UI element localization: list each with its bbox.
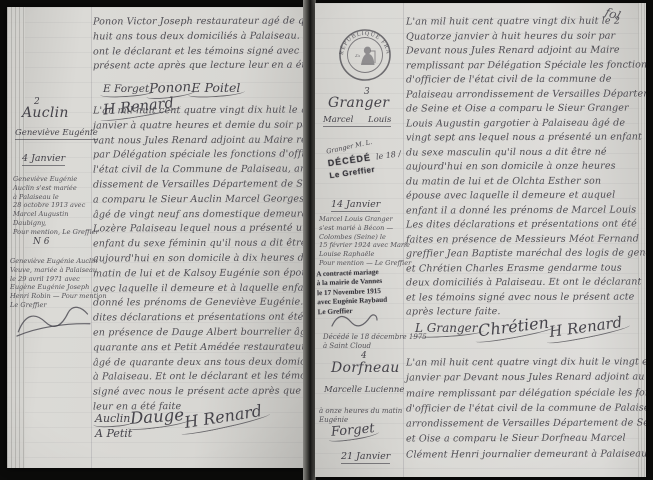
right-page: fol RÉPUBLIQUE FRANÇAISE 25 3 Granger Ma… — [315, 3, 646, 477]
margin-nb-mark: N 6 — [33, 237, 49, 247]
act-text-previous: Ponon Victor Joseph restaurateur agé de … — [93, 15, 305, 74]
act-text-dorfneau: L'an mil huit cent quatre vingt dix huit… — [406, 355, 644, 462]
act-text-line: l'état civil de la Commune de Palaiseau,… — [93, 163, 305, 179]
act-text-line: donné les prénoms de Geneviève Eugénie. … — [93, 296, 305, 312]
act-text-line: âgé de vingt neuf ans domestique demeura… — [93, 207, 305, 223]
margin-note-line: à Palaiseau le — [13, 193, 99, 202]
act-text-line: Clément Henri journalier demeurant à Pal… — [406, 446, 644, 462]
act-text-line: aujourd'hui en son domicile à dix heures… — [93, 252, 305, 268]
act-text-line: ont le déclarant et les témoins signé av… — [93, 44, 305, 60]
act-text-line: aujourd'hui en son domicile à onze heure… — [406, 159, 644, 175]
act-text-line: arrondissement de Versailles Département… — [406, 416, 644, 432]
act-text-line: matin de lui et de Kalsoy Eugénie son ép… — [93, 266, 305, 282]
signature: Auclin — [95, 412, 130, 425]
act-text-line: Palaiseau arrondissement de Versailles D… — [406, 87, 644, 103]
margin-note-line: Colombes (Seine) le — [319, 233, 411, 242]
act-text-line: présent acte après que lecture leur en a… — [93, 59, 305, 75]
act-text-line: quarante ans et Petit Amédée restaurateu… — [93, 340, 305, 356]
act-text-auclin: L'an mil huit cent quatre vingt dix huit… — [93, 104, 305, 415]
act-text-line: du matin de lui et de Olchta Esther son — [406, 174, 644, 190]
margin-note-line: Louise Raphaële — [319, 250, 411, 259]
act-text-line: enfant il a donné les prénoms de Marcel … — [406, 203, 644, 219]
act-text-line: dissement de Versailles Département de S… — [93, 178, 305, 194]
act-text-line: Louis Augustin gargotier à Palaiseau âgé… — [406, 116, 644, 132]
margin-note-line: Geneviève Eugénie — [13, 175, 99, 184]
act-text-line: à Palaiseau. Et ont le déclarant et les … — [93, 370, 305, 386]
act-text-line: de Seine et Oise a comparu le Sieur Gran… — [406, 101, 644, 117]
signature: Ponon — [149, 79, 192, 97]
act-text-line: greffier Jean Baptiste maréchal des logi… — [406, 246, 644, 262]
clerk-signature: Forget — [330, 421, 375, 440]
signature-row: AuclinDaugeH Renard — [95, 407, 263, 426]
marriage-contracted-stamp: A contracté mariageà la mairie de Vannes… — [316, 268, 387, 317]
margin-date: 4 Janvier — [22, 153, 65, 166]
margin-surname: Granger — [328, 95, 389, 111]
margin-surname: Auclin — [22, 105, 69, 121]
act-text-line: maire remplissant par délégation spécial… — [406, 385, 644, 401]
act-text-line: L'an mil huit cent quatre vingt dix huit… — [406, 14, 644, 30]
act-text-line: vant nous Jules Renard adjoint au Maire … — [93, 133, 305, 149]
margin-note-line: Pour mention — Le Greffier — [319, 259, 411, 268]
margin-note-line: s'est marié à Bécon — — [319, 224, 411, 233]
act-text-line: par Délégation spéciale les fonctions d'… — [93, 148, 305, 164]
clerk-paraph-icon — [329, 311, 379, 331]
marriage-mention-note: Geneviève EugénieAuclin s'est mariéeà Pa… — [13, 175, 99, 237]
svg-text:25: 25 — [355, 54, 361, 59]
deceased-date-handwritten: le 18 / — [375, 149, 401, 161]
margin-note-line: Auclin s'est mariée — [13, 184, 99, 193]
act-text-line: et les témoins signé avec nous le présen… — [406, 290, 644, 306]
act-text-line: d'officier de l'état civil de la commune… — [406, 400, 644, 416]
signature-row: L GrangerChrétienH Renard — [415, 317, 622, 336]
registry-book-scan: 2 Auclin Geneviève Eugénie 4 Janvier Gen… — [0, 0, 653, 480]
margin-note-line: Marcel Louis Granger — [319, 215, 411, 224]
act-text-line: Lozère Palaiseau lequel nous a présenté … — [93, 222, 305, 238]
act-text-line: enfant du sexe féminin qu'il nous a dit … — [93, 237, 305, 253]
margin-given-names: Geneviève Eugénie — [15, 128, 98, 140]
act-text-line: janvier par Devant nous Jules Renard adj… — [406, 370, 644, 386]
margin-given-names: Marcel Louis — [323, 115, 391, 127]
act-text-line: remplissant par Délégation Spéciale les … — [406, 58, 644, 74]
left-page: 2 Auclin Geneviève Eugénie 4 Janvier Gen… — [7, 7, 305, 468]
act-text-line: signé avec nous le présent acte après qu… — [93, 385, 305, 401]
marriage-mention-note: Marcel Louis Grangers'est marié à Bécon … — [319, 215, 411, 268]
signature: E Poitel — [191, 80, 240, 95]
act-text-line: du sexe masculin qu'il nous a dit être n… — [406, 145, 644, 161]
act-text-granger: L'an mil huit cent quatre vingt dix huit… — [406, 15, 644, 320]
margin-note-line: Daubigny, — [13, 219, 99, 228]
act-text-line: L'an mil huit cent quatre vingt dix huit… — [406, 354, 644, 370]
signature: E Forget — [103, 83, 149, 95]
margin-note-line: Marcel Augustin — [13, 210, 99, 219]
margin-surname: Dorfneau — [331, 360, 400, 376]
margin-note-line: 28 octobre 1913 avec — [13, 201, 99, 210]
act-text-line: a comparu le Sieur Auclin Marcel Georges — [93, 192, 305, 208]
act-text-line: d'officier de l'état civil de la commune… — [406, 72, 644, 88]
margin-note-line: 15 février 1924 avec Marie — [319, 241, 411, 250]
act-text-line: L'an mil huit cent quatre vingt dix huit… — [93, 104, 305, 120]
signature: H Renard — [548, 313, 623, 341]
act-text-line: avec laquelle il demeure et à laquelle e… — [93, 281, 305, 297]
margin-given-names: Marcelle Lucienne — [324, 385, 404, 395]
act-text-line: et Oise a comparu le Sieur Dorfneau Marc… — [406, 431, 644, 447]
republic-revenue-stamp-icon: RÉPUBLIQUE FRANÇAISE 25 — [337, 27, 393, 83]
signature: L Granger — [415, 321, 478, 335]
signature: Dauge — [130, 405, 185, 428]
act-text-line: épouse avec laquelle il demeure et auque… — [406, 188, 644, 204]
signature: A Petit — [95, 427, 132, 440]
act-text-line: et Chrétien Charles Erasme gendarme tous — [406, 261, 644, 277]
act-text-line: Devant nous Jules Renard adjoint au Mair… — [406, 43, 644, 59]
act-text-line: vingt sept ans lequel nous a présenté un… — [406, 130, 644, 146]
margin-note-line: à onze heures du matin — [319, 407, 402, 416]
act-text-line: Quatorze janvier à huit heures du soir p… — [406, 29, 644, 45]
act-text-line: deux domiciliés à Palaiseau. Et ont le d… — [406, 275, 644, 291]
act-text-line: en présence de Dauge Albert bourrelier â… — [93, 325, 305, 341]
act-text-line: janvier à quatre heures et demie du soir… — [93, 118, 305, 134]
act-text-line: faites en présence de Messieurs Méot Fer… — [406, 232, 644, 248]
act-text-line: âgé de quarante deux ans tous deux domic… — [93, 355, 305, 371]
margin-date: 21 Janvier — [341, 451, 390, 464]
act-text-line: Les dites déclarations et présentations … — [406, 217, 644, 233]
margin-note-line: à Saint Cloud — [323, 342, 427, 351]
margin-note-line: Pour mention, Le Greffier — [13, 228, 99, 237]
act-text-line: huit ans tous deux domiciliés à Palaisea… — [93, 29, 305, 45]
margin-rule — [91, 7, 92, 468]
signature: Chrétien — [477, 313, 550, 341]
act-text-line: Ponon Victor Joseph restaurateur agé de … — [93, 15, 305, 31]
act-text-line: dites déclarations et présentations ont … — [93, 311, 305, 327]
margin-date: 14 Janvier — [331, 199, 380, 212]
